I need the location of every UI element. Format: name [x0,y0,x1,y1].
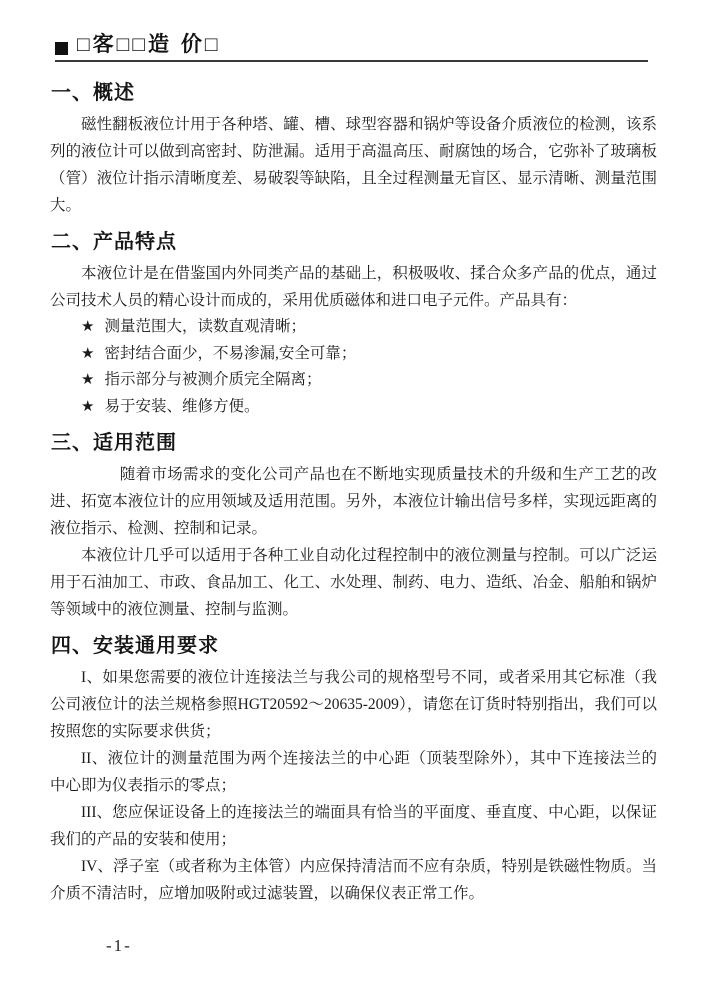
star-icon: ★ [81,342,94,368]
star-icon: ★ [81,315,94,341]
paragraph: III、您应保证设备上的连接法兰的端面具有恰当的平面度、垂直度、中心距，以保证我… [50,799,657,853]
paragraph: 磁性翻板液位计用于各种塔、罐、槽、球型容器和锅炉等设备介质液位的检测，该系列的液… [50,111,657,219]
section-heading: 一、概述 [51,82,657,105]
star-icon: ★ [81,395,94,421]
section-scope: 三、适用范围随着市场需求的变化公司产品也在不断地实现质量技术的升级和生产工艺的改… [50,432,657,623]
logo-square-icon [55,42,68,55]
paragraph: 本液位计几乎可以适用于各种工业自动化过程控制中的液位测量与控制。可以广泛运用于石… [50,542,657,623]
section-installation: 四、安装通用要求I、如果您需要的液位计连接法兰与我公司的规格型号不同，或者采用其… [50,635,657,907]
bullet-text: 测量范围大，读数直观清晰； [104,314,306,340]
section-heading: 三、适用范围 [51,432,657,455]
bullet-text: 指示部分与被测介质完全隔离； [104,367,321,393]
page-header: □客□□造 价□ [55,34,648,62]
paragraph: IV、浮子室（或者称为主体管）内应保持清洁而不应有杂质，特别是铁磁性物质。当介质… [50,853,657,907]
feature-bullet: ★测量范围大，读数直观清晰； [50,314,657,341]
paragraph: 随着市场需求的变化公司产品也在不断地实现质量技术的升级和生产工艺的改进、拓宽本液… [50,461,657,542]
paragraph: I、如果您需要的液位计连接法兰与我公司的规格型号不同，或者采用其它标准（我公司液… [50,664,657,745]
paragraph: II、液位计的测量范围为两个连接法兰的中心距（顶装型除外），其中下连接法兰的中心… [50,745,657,799]
section-heading: 二、产品特点 [51,231,657,254]
bullet-text: 密封结合面少，不易渗漏,安全可靠； [104,341,356,367]
section-features: 二、产品特点本液位计是在借鉴国内外同类产品的基础上，积极吸收、揉合众多产品的优点… [50,231,657,420]
section-overview: 一、概述磁性翻板液位计用于各种塔、罐、槽、球型容器和锅炉等设备介质液位的检测，该… [50,82,657,219]
document-body: 一、概述磁性翻板液位计用于各种塔、罐、槽、球型容器和锅炉等设备介质液位的检测，该… [50,82,657,907]
page-number: -1- [106,936,132,956]
document-page: □客□□造 价□ 一、概述磁性翻板液位计用于各种塔、罐、槽、球型容器和锅炉等设备… [0,0,704,1000]
logo-text: □客□□造 价□ [77,34,221,56]
feature-bullet: ★易于安装、维修方便。 [50,394,657,421]
feature-bullet: ★指示部分与被测介质完全隔离； [50,367,657,394]
star-icon: ★ [81,368,94,394]
feature-bullet: ★密封结合面少，不易渗漏,安全可靠； [50,341,657,368]
paragraph: 本液位计是在借鉴国内外同类产品的基础上，积极吸收、揉合众多产品的优点，通过公司技… [50,260,657,314]
section-heading: 四、安装通用要求 [51,635,657,658]
bullet-text: 易于安装、维修方便。 [104,394,259,420]
